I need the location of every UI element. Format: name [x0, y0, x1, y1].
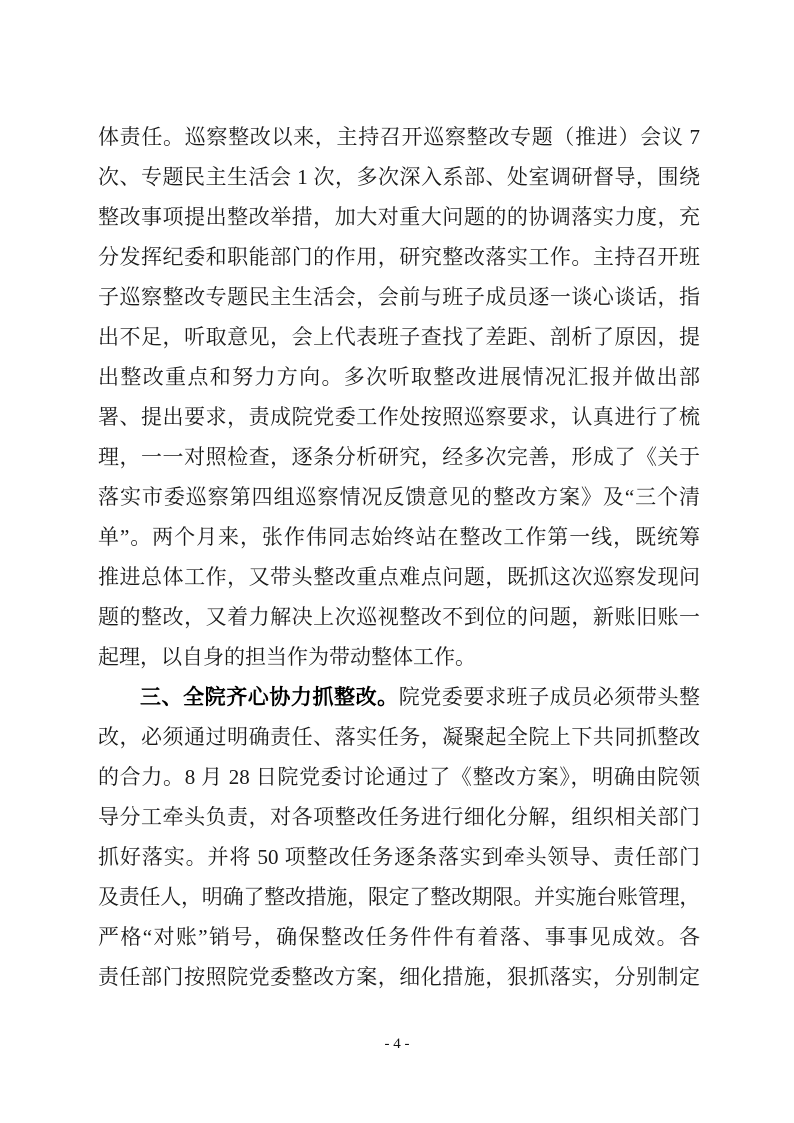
- text-line: 单”。两个月来，张作伟同志始终站在整改工作第一线，既统筹: [98, 517, 700, 557]
- text-line: 起理，以自身的担当作为带动整体工作。: [98, 637, 700, 677]
- text-line: 题的整改，又着力解决上次巡视整改不到位的问题，新账旧账一: [98, 597, 700, 637]
- document-page: 体责任。巡察整改以来，主持召开巡察整改专题（推进）会议 7 次、专题民主生活会 …: [0, 0, 794, 1123]
- text-line: 严格“对账”销号，确保整改任务件件有着落、事事见成效。各: [98, 917, 700, 957]
- text-line: 改，必须通过明确责任、落实任务，凝聚起全院上下共同抓整改: [98, 717, 700, 757]
- text-line: 署、提出要求，责成院党委工作处按照巡察要求，认真进行了梳: [98, 397, 700, 437]
- page-number: - 4 -: [0, 1036, 794, 1053]
- text-line: 责任部门按照院党委整改方案，细化措施，狠抓落实，分别制定: [98, 957, 700, 997]
- text-line-section-start: 三、全院齐心协力抓整改。院党委要求班子成员必须带头整: [98, 677, 700, 717]
- text-line: 理，一一对照检查，逐条分析研究，经多次完善，形成了《关于: [98, 437, 700, 477]
- text-line: 落实市委巡察第四组巡察情况反馈意见的整改方案》及“三个清: [98, 477, 700, 517]
- text-line: 的合力。8 月 28 日院党委讨论通过了《整改方案》，明确由院领: [98, 757, 700, 797]
- text-line: 及责任人，明确了整改措施，限定了整改期限。并实施台账管理，: [98, 877, 700, 917]
- text-line: 分发挥纪委和职能部门的作用，研究整改落实工作。主持召开班: [98, 237, 700, 277]
- text-line: 出整改重点和努力方向。多次听取整改进展情况汇报并做出部: [98, 357, 700, 397]
- section-heading: 三、全院齐心协力抓整改。: [140, 685, 399, 709]
- text-line: 体责任。巡察整改以来，主持召开巡察整改专题（推进）会议 7: [98, 117, 700, 157]
- text-line: 推进总体工作，又带头整改重点难点问题，既抓这次巡察发现问: [98, 557, 700, 597]
- text-line: 整改事项提出整改举措，加大对重大问题的的协调落实力度，充: [98, 197, 700, 237]
- document-body: 体责任。巡察整改以来，主持召开巡察整改专题（推进）会议 7 次、专题民主生活会 …: [98, 117, 700, 997]
- text-run: 院党委要求班子成员必须带头整: [399, 685, 700, 709]
- text-line: 导分工牵头负责，对各项整改任务进行细化分解，组织相关部门: [98, 797, 700, 837]
- text-line: 次、专题民主生活会 1 次，多次深入系部、处室调研督导，围绕: [98, 157, 700, 197]
- text-line: 出不足，听取意见，会上代表班子查找了差距、剖析了原因，提: [98, 317, 700, 357]
- text-line: 子巡察整改专题民主生活会，会前与班子成员逐一谈心谈话，指: [98, 277, 700, 317]
- text-line: 抓好落实。并将 50 项整改任务逐条落实到牵头领导、责任部门: [98, 837, 700, 877]
